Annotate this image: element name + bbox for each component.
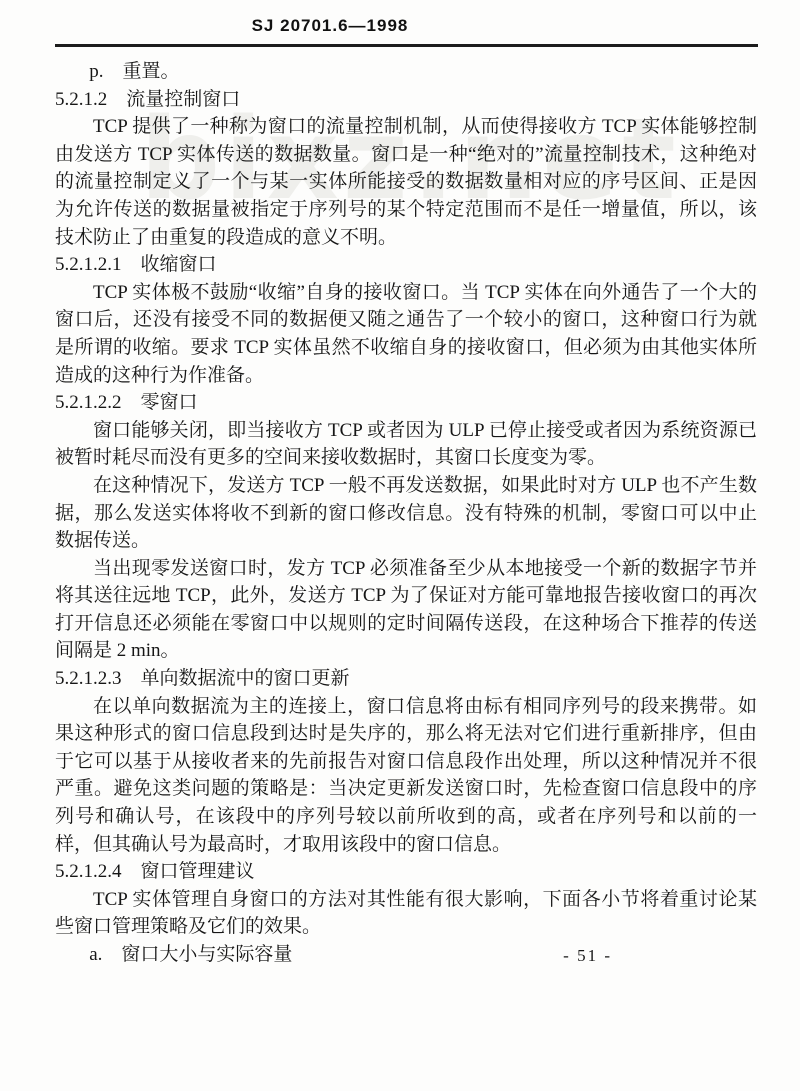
page-header: SJ 20701.6—1998 — [0, 16, 660, 36]
header-rule — [55, 44, 758, 47]
paragraph: 当出现零发送窗口时，发方 TCP 必须准备至少从本地接受一个新的数据字节并将其送… — [55, 555, 757, 665]
paragraph: TCP 提供了一种称为窗口的流量控制机制，从而使得接收方 TCP 实体能够控制由… — [55, 113, 757, 251]
section-heading-52121: 5.2.1.2.1 收缩窗口 — [55, 251, 757, 279]
section-heading-52122: 5.2.1.2.2 零窗口 — [55, 389, 757, 417]
section-heading-5212: 5.2.1.2 流量控制窗口 — [55, 86, 757, 114]
paragraph: 在这种情况下，发送方 TCP 一般不再发送数据，如果此时对方 ULP 也不产生数… — [55, 472, 757, 555]
paragraph: 在以单向数据流为主的连接上，窗口信息将由标有相同序列号的段来携带。如果这种形式的… — [55, 693, 757, 859]
paragraph: TCP 实体极不鼓励“收缩”自身的接收窗口。当 TCP 实体在向外通告了一个大的… — [55, 279, 757, 389]
page-number: - 51 - — [0, 946, 612, 966]
section-heading-52123: 5.2.1.2.3 单向数据流中的窗口更新 — [55, 665, 757, 693]
document-body: p. 重置。 5.2.1.2 流量控制窗口 TCP 提供了一种称为窗口的流量控制… — [55, 58, 757, 969]
paragraph: TCP 实体管理自身窗口的方法对其性能有很大影响，下面各小节将着重讨论某些窗口管… — [55, 886, 757, 941]
document-page: bixz.net SJ 20701.6—1998 p. 重置。 5.2.1.2 … — [0, 0, 800, 1091]
list-item-p: p. 重置。 — [55, 58, 757, 86]
document-number: SJ 20701.6—1998 — [252, 16, 409, 35]
section-heading-52124: 5.2.1.2.4 窗口管理建议 — [55, 858, 757, 886]
paragraph: 窗口能够关闭，即当接收方 TCP 或者因为 ULP 已停止接受或者因为系统资源已… — [55, 417, 757, 472]
